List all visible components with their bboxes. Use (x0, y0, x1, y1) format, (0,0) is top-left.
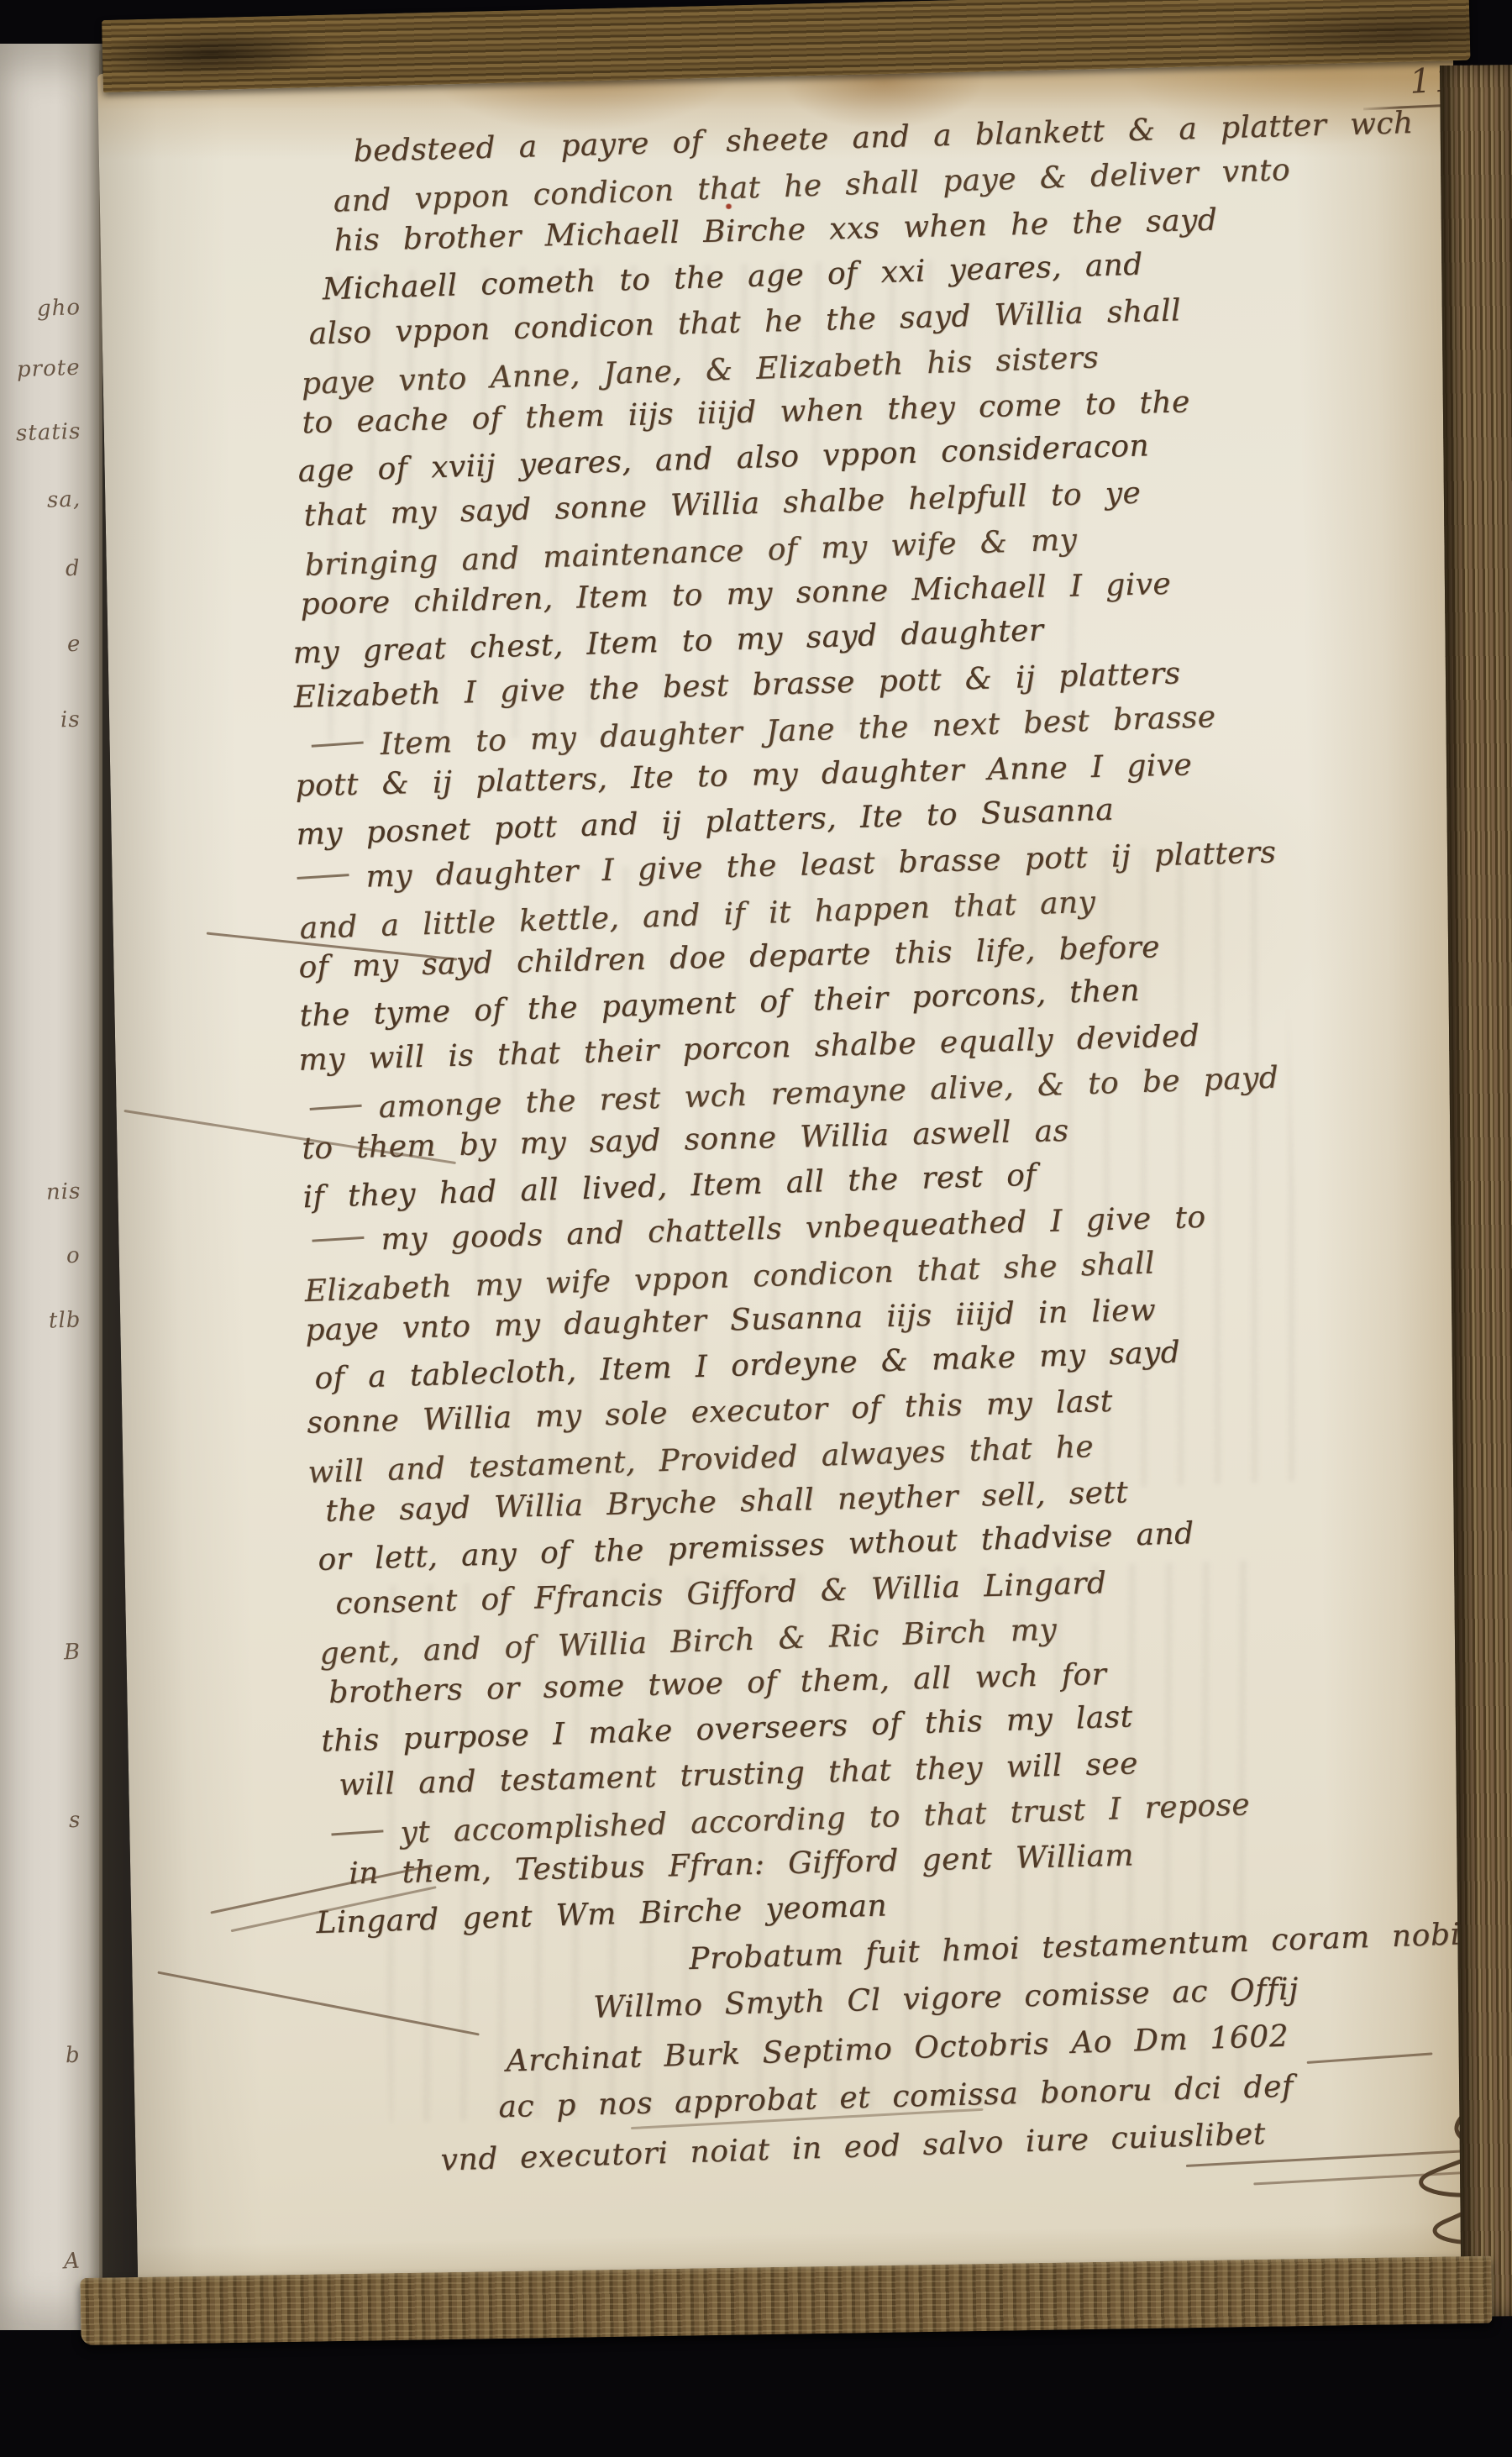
facing-page-text-fragment: s (68, 1808, 81, 1833)
facing-page-text-fragment: gho (36, 295, 81, 322)
manuscript-photo: gho prote statis sa, d e is nis o tlb B … (0, 0, 1512, 2457)
facing-page-edge: gho prote statis sa, d e is nis o tlb B … (0, 44, 102, 2330)
facing-page-text-fragment: B (63, 1640, 81, 1666)
probate-clause-block: Probatum fuit hmoi testamentum coram nob… (315, 1915, 1495, 2181)
facing-page-text-fragment: is (60, 707, 81, 733)
will-text-block: bedsteed a payre of sheete and a blanket… (281, 104, 1490, 1940)
facing-page-text-fragment: prote (17, 355, 81, 383)
manuscript-page: 111 bedsteed a payre of sheete and a bla… (97, 49, 1494, 2304)
facing-page-text-fragment: A (64, 2249, 81, 2275)
facing-page-text-fragment: statis (15, 419, 81, 447)
facing-page-text-fragment: d (66, 556, 81, 582)
facing-page-text-fragment: sa, (46, 486, 81, 512)
facing-page-text-fragment: o (66, 1243, 81, 1269)
facing-page-text-fragment: tlb (48, 1307, 81, 1333)
facing-page-text-fragment: e (66, 632, 81, 658)
facing-page-text-fragment: b (66, 2043, 81, 2069)
facing-page-text-fragment: nis (45, 1179, 81, 1205)
